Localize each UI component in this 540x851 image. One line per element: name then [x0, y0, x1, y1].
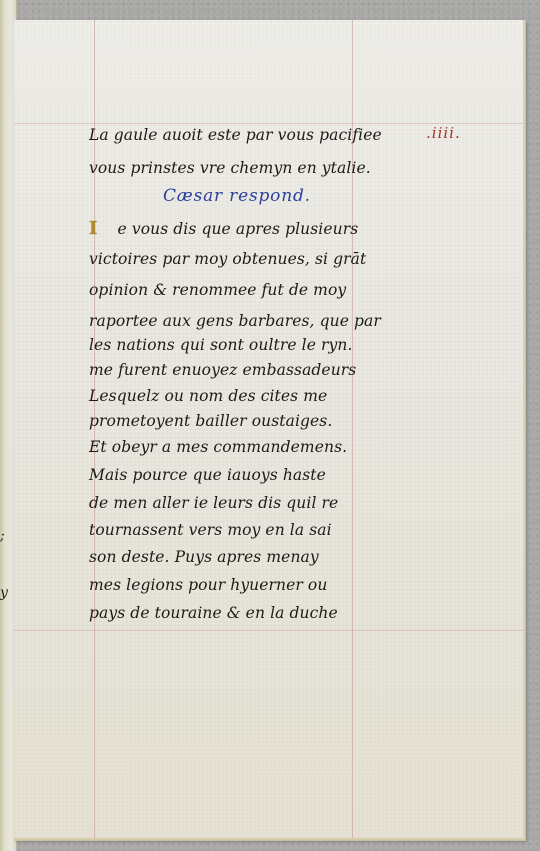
previous-page-fragment: y: [0, 585, 8, 601]
rubric-heading: Cæsar respond.: [163, 186, 311, 206]
text-line-content: e vous dis que apres plusieurs: [118, 220, 359, 238]
text-line: tournassent vers moy en la sai: [89, 521, 332, 539]
text-line: son deste. Puys apres menay: [89, 548, 319, 566]
gold-initial: I: [89, 218, 98, 239]
text-line: Lesquelz ou nom des cites me: [89, 387, 327, 405]
text-line: victoires par moy obtenues, si grāt: [89, 250, 366, 268]
text-line: Et obeyr a mes commandemens.: [89, 438, 347, 456]
text-line: La gaule auoit este par vous pacifiee: [89, 126, 382, 144]
text-line: me furent enuoyez embassadeurs: [89, 361, 356, 379]
ruling-line-bottom: [14, 630, 523, 631]
previous-page-fragment: ;: [0, 528, 5, 544]
text-line-with-initial: Ie vous dis que apres plusieurs: [89, 218, 358, 239]
text-line: mes legions pour hyuerner ou: [89, 576, 327, 594]
text-line: les nations qui sont oultre le ryn.: [89, 336, 352, 354]
folio-number: .iiii.: [426, 124, 461, 142]
text-line: de men aller ie leurs dis quil re: [89, 494, 338, 512]
text-line: opinion & renommee fut de moy: [89, 281, 346, 299]
text-line: raportee aux gens barbares, que par: [89, 312, 381, 330]
text-line: Mais pource que iauoys haste: [89, 466, 326, 484]
text-line: pays de touraine & en la duche: [89, 604, 338, 622]
text-line: prometoyent bailler oustaiges.: [89, 412, 332, 430]
text-line: vous prinstes vre chemyn en ytalie.: [89, 159, 371, 177]
